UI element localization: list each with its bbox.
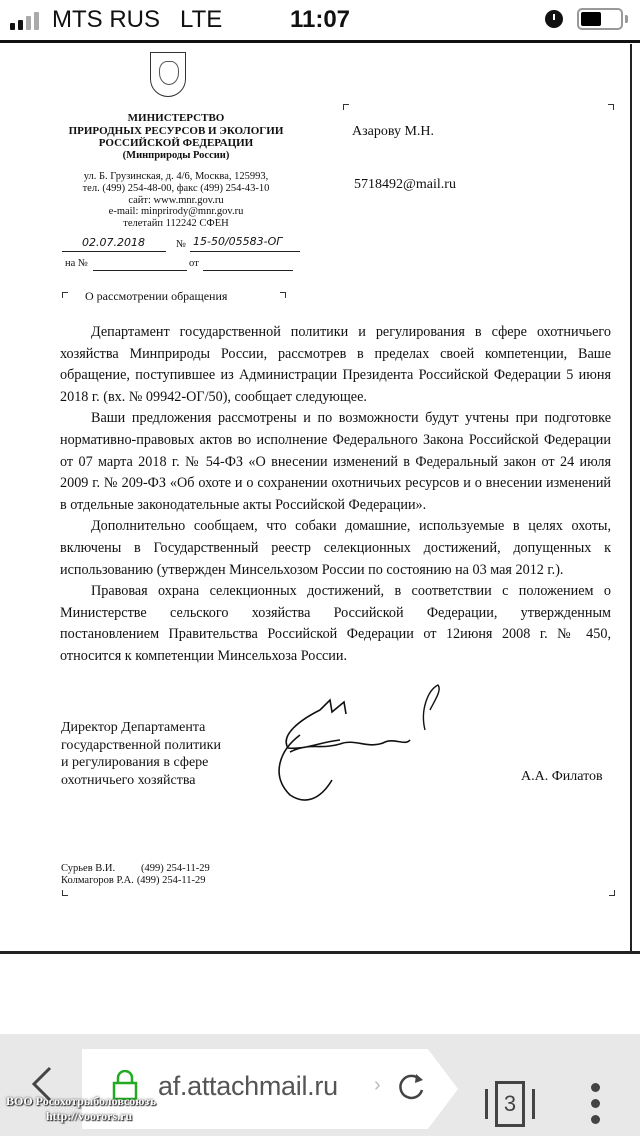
signatory-title-line: охотничьего хозяйства	[61, 772, 221, 790]
contact-name: Сурьев В.И.	[61, 863, 141, 875]
signatory-name: А.А. Филатов	[521, 769, 603, 785]
recipient-name: Азарову М.Н.	[352, 124, 434, 140]
watermark-line: ВОО Росохотрыболовсоюзъ	[6, 1094, 156, 1109]
signatory-title-line: государственной политики	[61, 737, 221, 755]
status-bar: MTS RUS LTE 11:07	[0, 0, 640, 40]
body-paragraph: Департамент государственной политики и р…	[60, 322, 611, 408]
ministry-line: ПРИРОДНЫХ РЕСУРСОВ И ЭКОЛОГИИ	[60, 125, 292, 138]
alarm-icon	[545, 10, 563, 28]
address-line: ул. Б. Грузинская, д. 4/6, Москва, 12599…	[60, 171, 292, 183]
contact-phone: (499) 254-11-29	[141, 863, 210, 874]
handwritten-signature-icon	[260, 680, 450, 810]
number-label: №	[176, 239, 186, 250]
body-paragraph: Ваши предложения рассмотрены и по возмож…	[60, 408, 611, 516]
ref-from-underline	[203, 270, 293, 271]
watermark-line: http://voorors.ru	[6, 1109, 156, 1124]
ref-label: на №	[65, 258, 88, 269]
corner-mark	[62, 890, 68, 896]
tab-count: 3	[495, 1081, 525, 1127]
status-time: 11:07	[0, 6, 640, 34]
address-line: тел. (499) 254-48-00, факс (499) 254-43-…	[60, 183, 292, 195]
document-date: 02.07.2018	[82, 236, 145, 249]
letter-body: Департамент государственной политики и р…	[60, 322, 611, 668]
contact-list: Сурьев В.И.(499) 254-11-29 Колмагоров Р.…	[61, 863, 210, 887]
corner-mark	[280, 292, 286, 298]
ministry-header: МИНИСТЕРСТВО ПРИРОДНЫХ РЕСУРСОВ И ЭКОЛОГ…	[60, 112, 292, 162]
watermark: ВОО Росохотрыболовсоюзъ http://voorors.r…	[6, 1094, 156, 1124]
ministry-short-name: (Минприроды России)	[60, 150, 292, 163]
reload-button[interactable]	[396, 1070, 428, 1102]
ref-underline	[93, 270, 187, 271]
contact-phone: (499) 254-11-29	[137, 875, 206, 886]
corner-mark	[609, 890, 615, 896]
address-line: e-mail: minprirody@mnr.gov.ru	[60, 206, 292, 218]
battery-tip	[625, 15, 628, 23]
tab-switcher-button[interactable]: 3	[485, 1081, 539, 1125]
chevron-right-icon: ›	[374, 1074, 381, 1097]
corner-mark	[343, 104, 349, 110]
signatory-title: Директор Департамента государственной по…	[61, 719, 221, 789]
ministry-address: ул. Б. Грузинская, д. 4/6, Москва, 12599…	[60, 171, 292, 230]
url-text[interactable]: af.attachmail.ru	[158, 1071, 338, 1102]
recipient-email: 5718492@mail.ru	[354, 177, 456, 193]
contact-row: Сурьев В.И.(499) 254-11-29	[61, 863, 210, 875]
signatory-title-line: и регулирования в сфере	[61, 754, 221, 772]
contact-name: Колмагоров Р.А.	[61, 875, 134, 887]
corner-mark	[62, 292, 68, 298]
ref-from-label: от	[189, 258, 199, 269]
ministry-line: МИНИСТЕРСТВО	[60, 112, 292, 125]
document-number: 15-50/05583-ОГ	[193, 235, 282, 248]
body-paragraph: Дополнительно сообщаем, что собаки домаш…	[60, 516, 611, 581]
coat-of-arms-icon	[150, 52, 186, 97]
body-paragraph: Правовая охрана селекционных достижений,…	[60, 581, 611, 667]
number-underline	[190, 251, 300, 252]
corner-mark	[608, 104, 614, 110]
battery-icon	[577, 8, 623, 30]
letter-subject: О рассмотрении обращения	[85, 289, 227, 304]
signatory-title-line: Директор Департамента	[61, 719, 221, 737]
address-line: сайт: www.mnr.gov.ru	[60, 195, 292, 207]
date-underline	[62, 251, 166, 252]
address-line: телетайп 112242 СФЕН	[60, 218, 292, 230]
page-edge	[630, 44, 632, 952]
ministry-line: РОССИЙСКОЙ ФЕДЕРАЦИИ	[60, 137, 292, 150]
contact-row: Колмагоров Р.А.(499) 254-11-29	[61, 875, 210, 887]
more-menu-button[interactable]	[591, 1083, 601, 1129]
